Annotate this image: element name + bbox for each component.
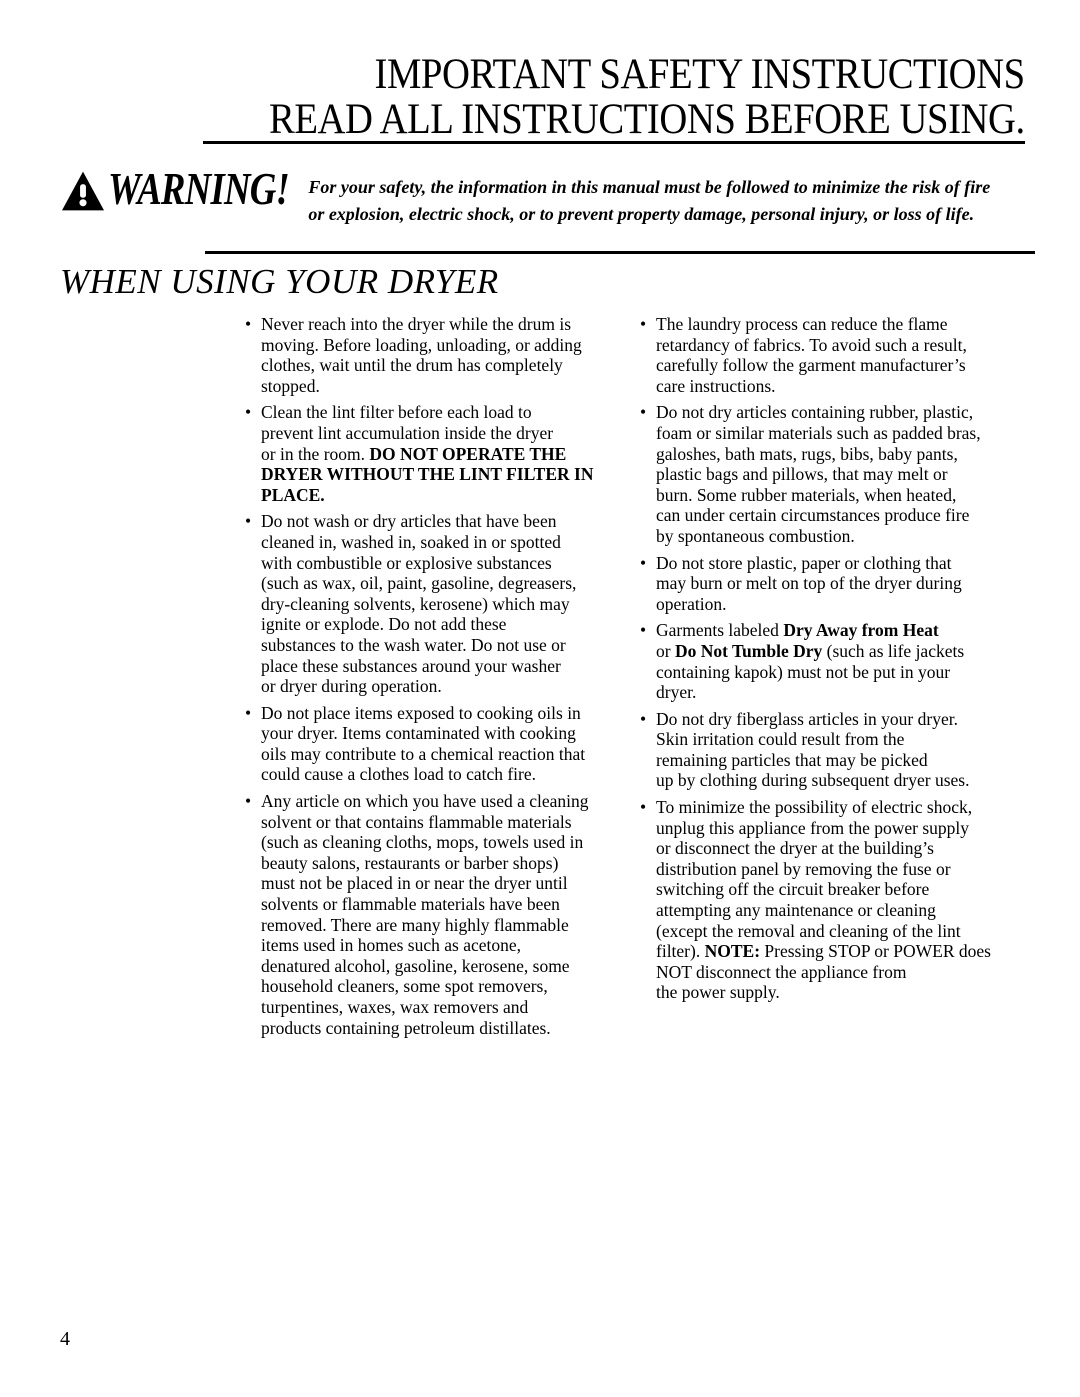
- bullet-item: •Do not store plastic, paper or clothing…: [640, 553, 1035, 615]
- bullet-marker: •: [640, 709, 656, 791]
- title-underline-rule: [203, 141, 1025, 144]
- bullet-text: The laundry process can reduce the flame…: [656, 314, 967, 396]
- bullet-columns: •Never reach into the dryer while the dr…: [245, 314, 1035, 1044]
- bullet-item: •Garments labeled Dry Away from Heat or …: [640, 620, 1035, 702]
- bullet-item: •Do not dry articles containing rubber, …: [640, 402, 1035, 546]
- bullet-marker: •: [245, 703, 261, 785]
- warning-triangle-icon: [62, 168, 104, 214]
- page-number: 4: [60, 1328, 70, 1351]
- section-heading: WHEN USING YOUR DRYER: [60, 262, 499, 302]
- bullet-item: •Do not wash or dry articles that have b…: [245, 511, 630, 696]
- bullet-text: Do not store plastic, paper or clothing …: [656, 553, 962, 615]
- bullet-marker: •: [245, 402, 261, 505]
- bullet-item: •Clean the lint filter before each load …: [245, 402, 630, 505]
- warning-banner: WARNING! For your safety, the informatio…: [62, 164, 1037, 228]
- bullet-text: To minimize the possibility of electric …: [656, 797, 991, 1003]
- page-title-line1: IMPORTANT SAFETY INSTRUCTIONS: [269, 52, 1025, 97]
- bullet-text: Clean the lint filter before each load t…: [261, 402, 593, 505]
- bullet-item: •Do not dry fiberglass articles in your …: [640, 709, 1035, 791]
- bullet-marker: •: [640, 402, 656, 546]
- warning-text: For your safety, the information in this…: [308, 174, 1037, 228]
- manual-page: IMPORTANT SAFETY INSTRUCTIONS READ ALL I…: [0, 0, 1080, 1397]
- warning-label: WARNING!: [108, 164, 289, 214]
- bullet-marker: •: [245, 791, 261, 1038]
- bullet-item: •To minimize the possibility of electric…: [640, 797, 1035, 1003]
- bullet-text: Any article on which you have used a cle…: [261, 791, 589, 1038]
- bullet-text: Do not place items exposed to cooking oi…: [261, 703, 585, 785]
- bullet-marker: •: [640, 314, 656, 396]
- section-divider-rule: [205, 251, 1035, 254]
- left-column: •Never reach into the dryer while the dr…: [245, 314, 630, 1044]
- bullet-item: •Do not place items exposed to cooking o…: [245, 703, 630, 785]
- page-title: IMPORTANT SAFETY INSTRUCTIONS READ ALL I…: [269, 52, 1025, 142]
- bullet-marker: •: [245, 314, 261, 396]
- bullet-item: •The laundry process can reduce the flam…: [640, 314, 1035, 396]
- bullet-text: Garments labeled Dry Away from Heat or D…: [656, 620, 964, 702]
- bullet-marker: •: [640, 797, 656, 1003]
- bullet-list-right: •The laundry process can reduce the flam…: [640, 314, 1035, 1003]
- bullet-list-left: •Never reach into the dryer while the dr…: [245, 314, 630, 1038]
- bullet-marker: •: [640, 620, 656, 702]
- bullet-text: Do not wash or dry articles that have be…: [261, 511, 576, 696]
- bullet-marker: •: [640, 553, 656, 615]
- bullet-text: Never reach into the dryer while the dru…: [261, 314, 582, 396]
- page-title-line2: READ ALL INSTRUCTIONS BEFORE USING.: [269, 97, 1025, 142]
- bullet-text: Do not dry fiberglass articles in your d…: [656, 709, 970, 791]
- bullet-item: •Any article on which you have used a cl…: [245, 791, 630, 1038]
- bullet-marker: •: [245, 511, 261, 696]
- right-column: •The laundry process can reduce the flam…: [640, 314, 1035, 1044]
- bullet-item: •Never reach into the dryer while the dr…: [245, 314, 630, 396]
- bullet-text: Do not dry articles containing rubber, p…: [656, 402, 981, 546]
